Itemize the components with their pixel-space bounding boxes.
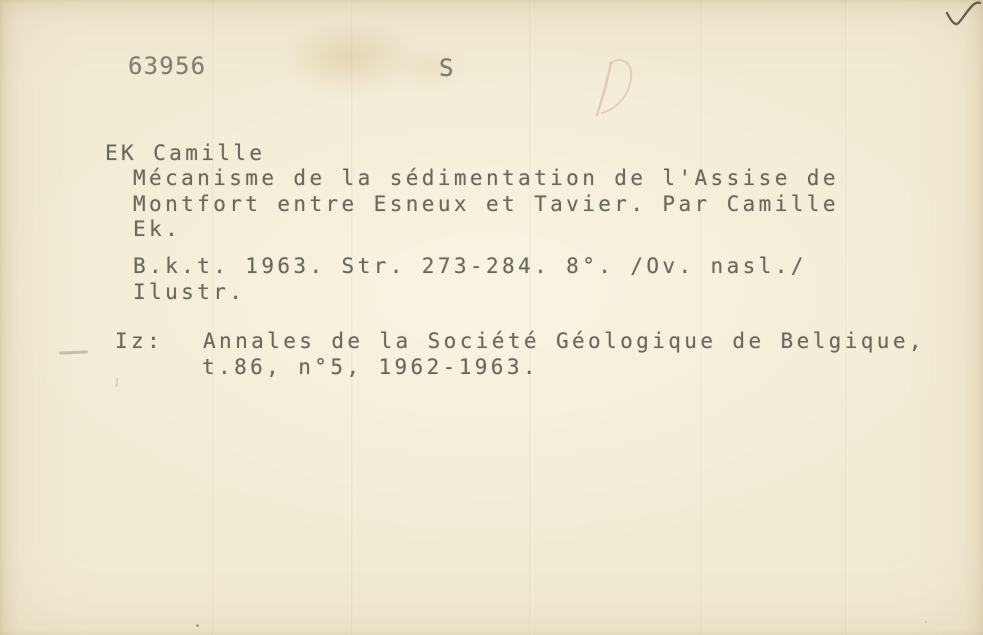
paper-crease [700, 0, 703, 635]
pencil-dash-icon [59, 350, 88, 355]
paper-stain [283, 22, 418, 94]
paper-crease [212, 0, 215, 635]
source-line: Annales de la Société Géologique de Belg… [203, 328, 925, 354]
paper-crease [529, 0, 532, 635]
title-line: Montfort entre Esneux et Tavier. Par Cam… [133, 191, 839, 217]
pencil-tick-icon [116, 378, 119, 387]
catalog-number: 63956 [128, 52, 206, 81]
title-line: Ek. [133, 216, 181, 242]
source-line: t.86, n°5, 1962-1963. [202, 354, 539, 380]
author-heading: EK Camille [105, 140, 265, 166]
imprint-line: B.k.t. 1963. Str. 273-284. 8°. /Ov. nasl… [133, 253, 807, 279]
paper-speck [196, 624, 199, 627]
imprint-line: Ilustr. [133, 279, 245, 305]
title-line: Mécanisme de la sédimentation de l'Assis… [133, 165, 839, 191]
catalog-card: 63956 S EK Camille Mécanisme de la sédim… [0, 0, 983, 635]
paper-crease [351, 0, 354, 635]
classification-letter: S [439, 54, 454, 83]
red-pencil-mark-icon [583, 52, 655, 120]
handwritten-checkmark-icon [938, 0, 983, 32]
paper-stain [395, 45, 465, 90]
source-label: Iz: [115, 328, 163, 354]
paper-crease [845, 0, 848, 635]
paper-speck [925, 621, 927, 623]
